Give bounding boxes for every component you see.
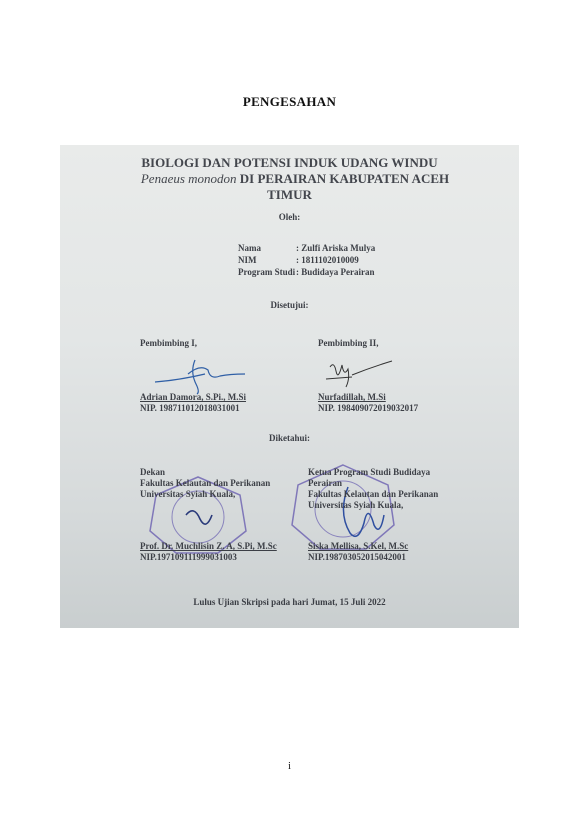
page-number: i: [0, 760, 579, 772]
dekan-name: Prof. Dr. Muchlisin Z. A, S.Pi, M.Sc: [140, 541, 277, 551]
kaprodi-role-line4: Universitas Syiah Kuala,: [308, 500, 403, 510]
disetujui-label: Disetujui:: [60, 300, 519, 310]
pembimbing2-name: Nurfadillah, M.Si: [318, 392, 386, 402]
thesis-title-line-3: TIMUR: [60, 187, 519, 203]
prodi-value: : Budidaya Perairan: [296, 267, 375, 277]
dekan-role-line3: Universitas Syiah Kuala,: [140, 489, 235, 499]
diketahui-label: Diketahui:: [60, 433, 519, 443]
kaprodi-role-line1: Ketua Program Studi Budidaya: [308, 467, 430, 477]
pembimbing1-name: Adrian Damora, S.Pi., M.Si: [140, 392, 246, 402]
signature-pembimbing1: [150, 352, 270, 392]
pembimbing1-role: Pembimbing I,: [140, 338, 197, 348]
nim-value: : 1811102010009: [296, 255, 359, 265]
kaprodi-role-line3: Fakultas Kelautan dan Perikanan: [308, 489, 438, 499]
thesis-title-line-2-rest: DI PERAIRAN KABUPATEN ACEH: [237, 171, 450, 186]
dekan-role-line2: Fakultas Kelautan dan Perikanan: [140, 478, 270, 488]
nama-value: : Zulfi Ariska Mulya: [296, 243, 375, 253]
kaprodi-name: Siska Mellisa, S.Kel, M.Sc: [308, 541, 408, 551]
nama-label: Nama: [238, 243, 261, 253]
thesis-title-line-2: Penaeus monodon DI PERAIRAN KABUPATEN AC…: [60, 171, 530, 187]
pembimbing1-nip: NIP. 198711012018031001: [140, 403, 240, 413]
approval-sheet-photo: BIOLOGI DAN POTENSI INDUK UDANG WINDU Pe…: [60, 145, 519, 628]
thesis-title-line-1: BIOLOGI DAN POTENSI INDUK UDANG WINDU: [60, 155, 519, 171]
oleh-label: Oleh:: [60, 212, 519, 222]
dekan-nip: NIP.197109111999031003: [140, 552, 237, 562]
kaprodi-nip: NIP.198703052015042001: [308, 552, 406, 562]
page-title: PENGESAHAN: [0, 94, 579, 110]
pembimbing2-role: Pembimbing II,: [318, 338, 379, 348]
pembimbing2-nip: NIP. 198409072019032017: [318, 403, 418, 413]
dekan-role-line1: Dekan: [140, 467, 165, 477]
species-name: Penaeus monodon: [141, 171, 237, 186]
prodi-label: Program Studi: [238, 267, 295, 277]
signature-pembimbing2: [322, 357, 402, 393]
nim-label: NIM: [238, 255, 257, 265]
kaprodi-role-line2: Perairan: [308, 478, 342, 488]
graduation-date-line: Lulus Ujian Skripsi pada hari Jumat, 15 …: [60, 597, 519, 607]
